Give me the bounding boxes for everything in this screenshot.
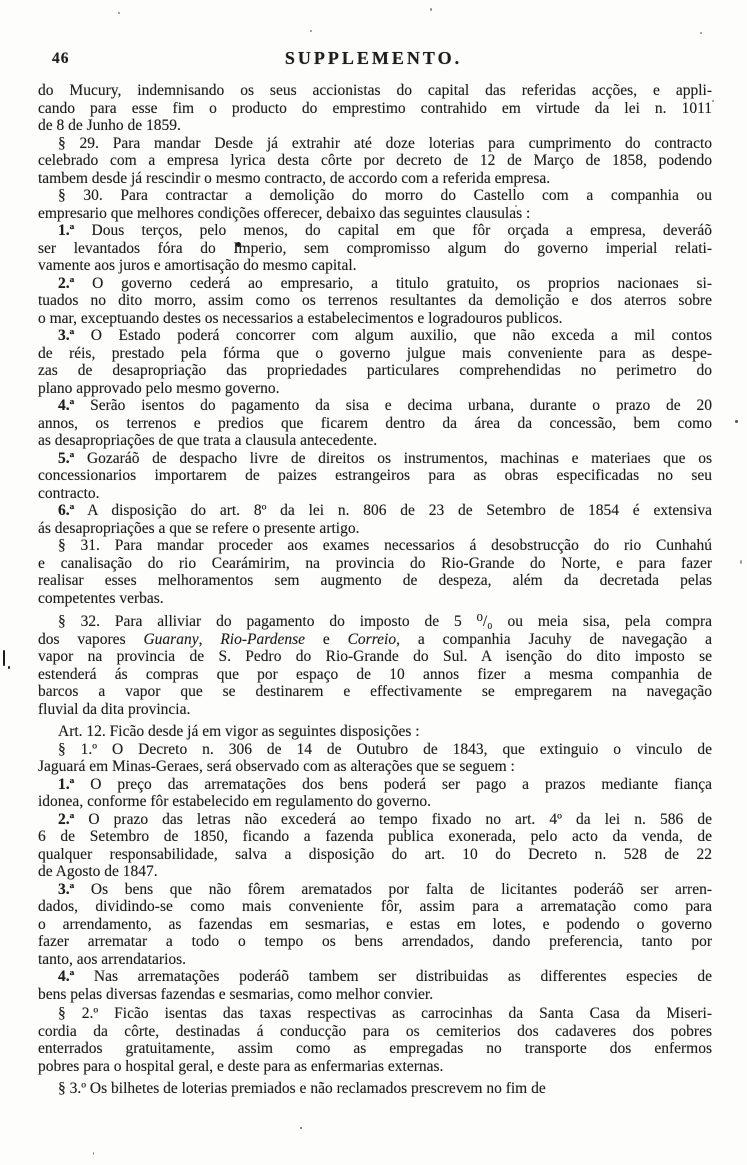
text-segment: O preço das arrematações dos bens poderá… [74,776,712,793]
text-line: § 30. Para contractar a demolição do mor… [38,187,712,205]
paragraph: § 2.º Ficão isentas das taxas respectiva… [38,1005,712,1075]
text-line: competentes verbas. [38,590,712,608]
text-line: annos, os terrenos e predios que ficarem… [38,415,712,433]
text-line: 5.ª Gozaráõ de despacho livre de direito… [38,450,712,468]
text-line: 6.ª A disposição do art. 8º da lei n. 80… [38,502,712,520]
paragraph: Art. 12. Ficão desde já em vigor as segu… [38,723,712,741]
text-line: contracto. [38,485,712,503]
text-line: de Agosto de 1847. [38,863,712,881]
scan-speck [300,1127,302,1129]
scanned-page: 46 SUPPLEMENTO. do Mucury, indemnisando … [0,0,747,1165]
scan-speck [700,32,702,34]
italic-text: Rio-Pardense [220,631,305,648]
text-line: cando para esse fim o producto do empres… [38,100,712,118]
scan-speck [712,100,714,102]
clause-number: 2.ª [58,275,74,292]
text-line: 4.ª Serão isentos do pagamento da sisa e… [38,397,712,415]
text-line: tambem desde já rescindir o mesmo contra… [38,170,712,188]
text-line: o arrendamento, as fazendas em sesmarias… [38,916,712,934]
paragraph: § 31. Para mandar proceder aos exames ne… [38,537,712,607]
text-segment: e [305,631,348,648]
page-body: do Mucury, indemnisando os seus accionis… [38,82,712,1098]
scan-speck [93,1152,94,1155]
italic-text: Guarany [143,631,198,648]
paragraph: 2.ª O governo cederá ao empresario, a ti… [38,275,712,328]
text-line: plano approvado pelo mesmo governo. [38,380,712,398]
text-line: idonea, conforme fôr estabelecido em reg… [38,793,712,811]
text-line: fazer arrematar a todo o tempo os bens a… [38,933,712,951]
text-line: dos vapores Guarany, Rio-Pardense e Corr… [38,631,712,649]
paragraph: § 1.º O Decreto n. 306 de 14 de Outubro … [38,741,712,776]
text-line: pobres para o hospital geral, e deste pa… [38,1058,712,1076]
text-line: realisar esses melhoramentos sem augment… [38,572,712,590]
text-line: estenderá ás compras que por espaço de 1… [38,666,712,684]
text-line: o mar, exceptuando destes os necessarios… [38,310,712,328]
text-line: 2.ª O prazo das letras não excederá ao t… [38,811,712,829]
text-segment: dos vapores [38,631,143,648]
text-line: bens pelas diversas fazendas e sesmarias… [38,986,712,1004]
clause-number: 3.ª [58,881,74,898]
text-line: Art. 12. Ficão desde já em vigor as segu… [38,723,712,741]
text-line: zas de desapropriação das propriedades p… [38,362,712,380]
clause-number: 4.ª [58,968,74,985]
text-line: enterrados gratuitamente, assim como as … [38,1040,712,1058]
text-line: do Mucury, indemnisando os seus accionis… [38,82,712,100]
text-line: 1.ª Dous terços, pelo menos, do capital … [38,222,712,240]
text-line: qualquer responsabilidade, salva a dispo… [38,846,712,864]
text-line: de réis, prestado pela fórma que o gover… [38,345,712,363]
text-line: celebrado com a empresa lyrica desta côr… [38,152,712,170]
text-line: Jaguará em Minas-Geraes, será observado … [38,758,712,776]
scan-speck [118,12,120,14]
text-segment: O prazo das letras não excederá ao tempo… [74,811,712,828]
paragraph: § 30. Para contractar a demolição do mor… [38,187,712,222]
scan-speck [430,8,432,11]
paragraph: § 32. Para alliviar do pagamento do impo… [38,613,712,718]
running-header: SUPPLEMENTO. [0,48,747,69]
text-line: 2.ª O governo cederá ao empresario, a ti… [38,275,712,293]
clause-number: 4.ª [58,397,74,414]
paragraph: 6.ª A disposição do art. 8º da lei n. 80… [38,502,712,537]
margin-ink-dot [8,666,10,669]
text-line: empresario que melhores condições offere… [38,205,712,223]
text-segment: , a companhia Jacuhy de navegação a [396,631,712,648]
paragraph: § 29. Para mandar Desde já extrahir até … [38,135,712,188]
text-line: 3.ª Os bens que não fôrem arematados por… [38,881,712,899]
text-segment: Dous terços, pelo menos, do capital em q… [74,222,712,239]
paragraph: 1.ª O preço das arrematações dos bens po… [38,776,712,811]
text-line: dados, dividindo-se como mais convenient… [38,898,712,916]
text-segment: Os bens que não fôrem arematados por fal… [74,881,712,898]
paragraph: 2.ª O prazo das letras não excederá ao t… [38,811,712,881]
italic-text: Correio [348,631,397,648]
text-line: cordia da côrte, destinadas á conducção … [38,1023,712,1041]
paragraph: 3.ª O Estado poderá concorrer com algum … [38,327,712,397]
paragraph: 4.ª Serão isentos do pagamento da sisa e… [38,397,712,450]
text-line: ás desapropriações a que se refere o pre… [38,520,712,538]
text-line: as desapropriações de que trata a clausu… [38,432,712,450]
text-line: 6 de Setembro de 1850, ficando a fazenda… [38,828,712,846]
scan-speck [740,560,742,564]
paragraph: 5.ª Gozaráõ de despacho livre de direito… [38,450,712,503]
text-segment: Gozaráõ de despacho livre de direitos os… [74,450,712,467]
scan-speck [310,30,312,32]
text-line: concessionarios importarem de paizes est… [38,467,712,485]
clause-number: 6.ª [58,502,74,519]
margin-ink-mark [3,650,5,666]
text-segment: O Estado poderá concorrer com algum auxi… [74,327,712,344]
text-segment: O governo cederá ao empresario, a titulo… [74,275,712,292]
text-line: ser levantados fóra do Imperio, sem comp… [38,240,712,258]
text-line: § 3.º Os bilhetes de loterias premiados … [38,1080,712,1098]
text-line: fluvial da dita provincia. [38,701,712,719]
text-line: § 2.º Ficão isentas das taxas respectiva… [38,1005,712,1023]
text-line: barcos a vapor que se destinarem e effec… [38,683,712,701]
clause-number: 2.ª [58,811,74,828]
text-line: 3.ª O Estado poderá concorrer com algum … [38,327,712,345]
text-line: tuados no dito morro, assim como os terr… [38,292,712,310]
text-line: § 29. Para mandar Desde já extrahir até … [38,135,712,153]
text-line: § 1.º O Decreto n. 306 de 14 de Outubro … [38,741,712,759]
clause-number: 1.ª [58,222,74,239]
ink-blob [236,242,241,247]
scan-speck [515,205,517,207]
text-line: 4.ª Nas arrematações poderáõ tambem ser … [38,968,712,986]
text-line: tanto, aos arrendatarios. [38,951,712,969]
text-segment: Nas arrematações poderáõ tambem ser dist… [74,968,712,985]
clause-number: 1.ª [58,776,74,793]
paragraph: 1.ª Dous terços, pelo menos, do capital … [38,222,712,275]
text-line: § 31. Para mandar proceder aos exames ne… [38,537,712,555]
text-segment: Serão isentos do pagamento da sisa e dec… [74,397,712,414]
scan-speck [735,420,738,423]
paragraph: 4.ª Nas arrematações poderáõ tambem ser … [38,968,712,1003]
text-line: vamente aos juros e amortisação do mesmo… [38,257,712,275]
text-line: § 32. Para alliviar do pagamento do impo… [38,613,712,631]
text-segment: , [199,631,221,648]
text-line: de 8 de Junho de 1859. [38,117,712,135]
paragraph: 3.ª Os bens que não fôrem arematados por… [38,881,712,969]
text-segment: A disposição do art. 8º da lei n. 806 de… [74,502,712,519]
paragraph: do Mucury, indemnisando os seus accionis… [38,82,712,135]
paragraph: § 3.º Os bilhetes de loterias premiados … [38,1080,712,1098]
text-line: e canalisação do rio Cearámirim, na prov… [38,555,712,573]
text-line: vapor na provincia de S. Pedro do Rio-Gr… [38,648,712,666]
clause-number: 3.ª [58,327,74,344]
text-line: 1.ª O preço das arrematações dos bens po… [38,776,712,794]
clause-number: 5.ª [58,450,74,467]
